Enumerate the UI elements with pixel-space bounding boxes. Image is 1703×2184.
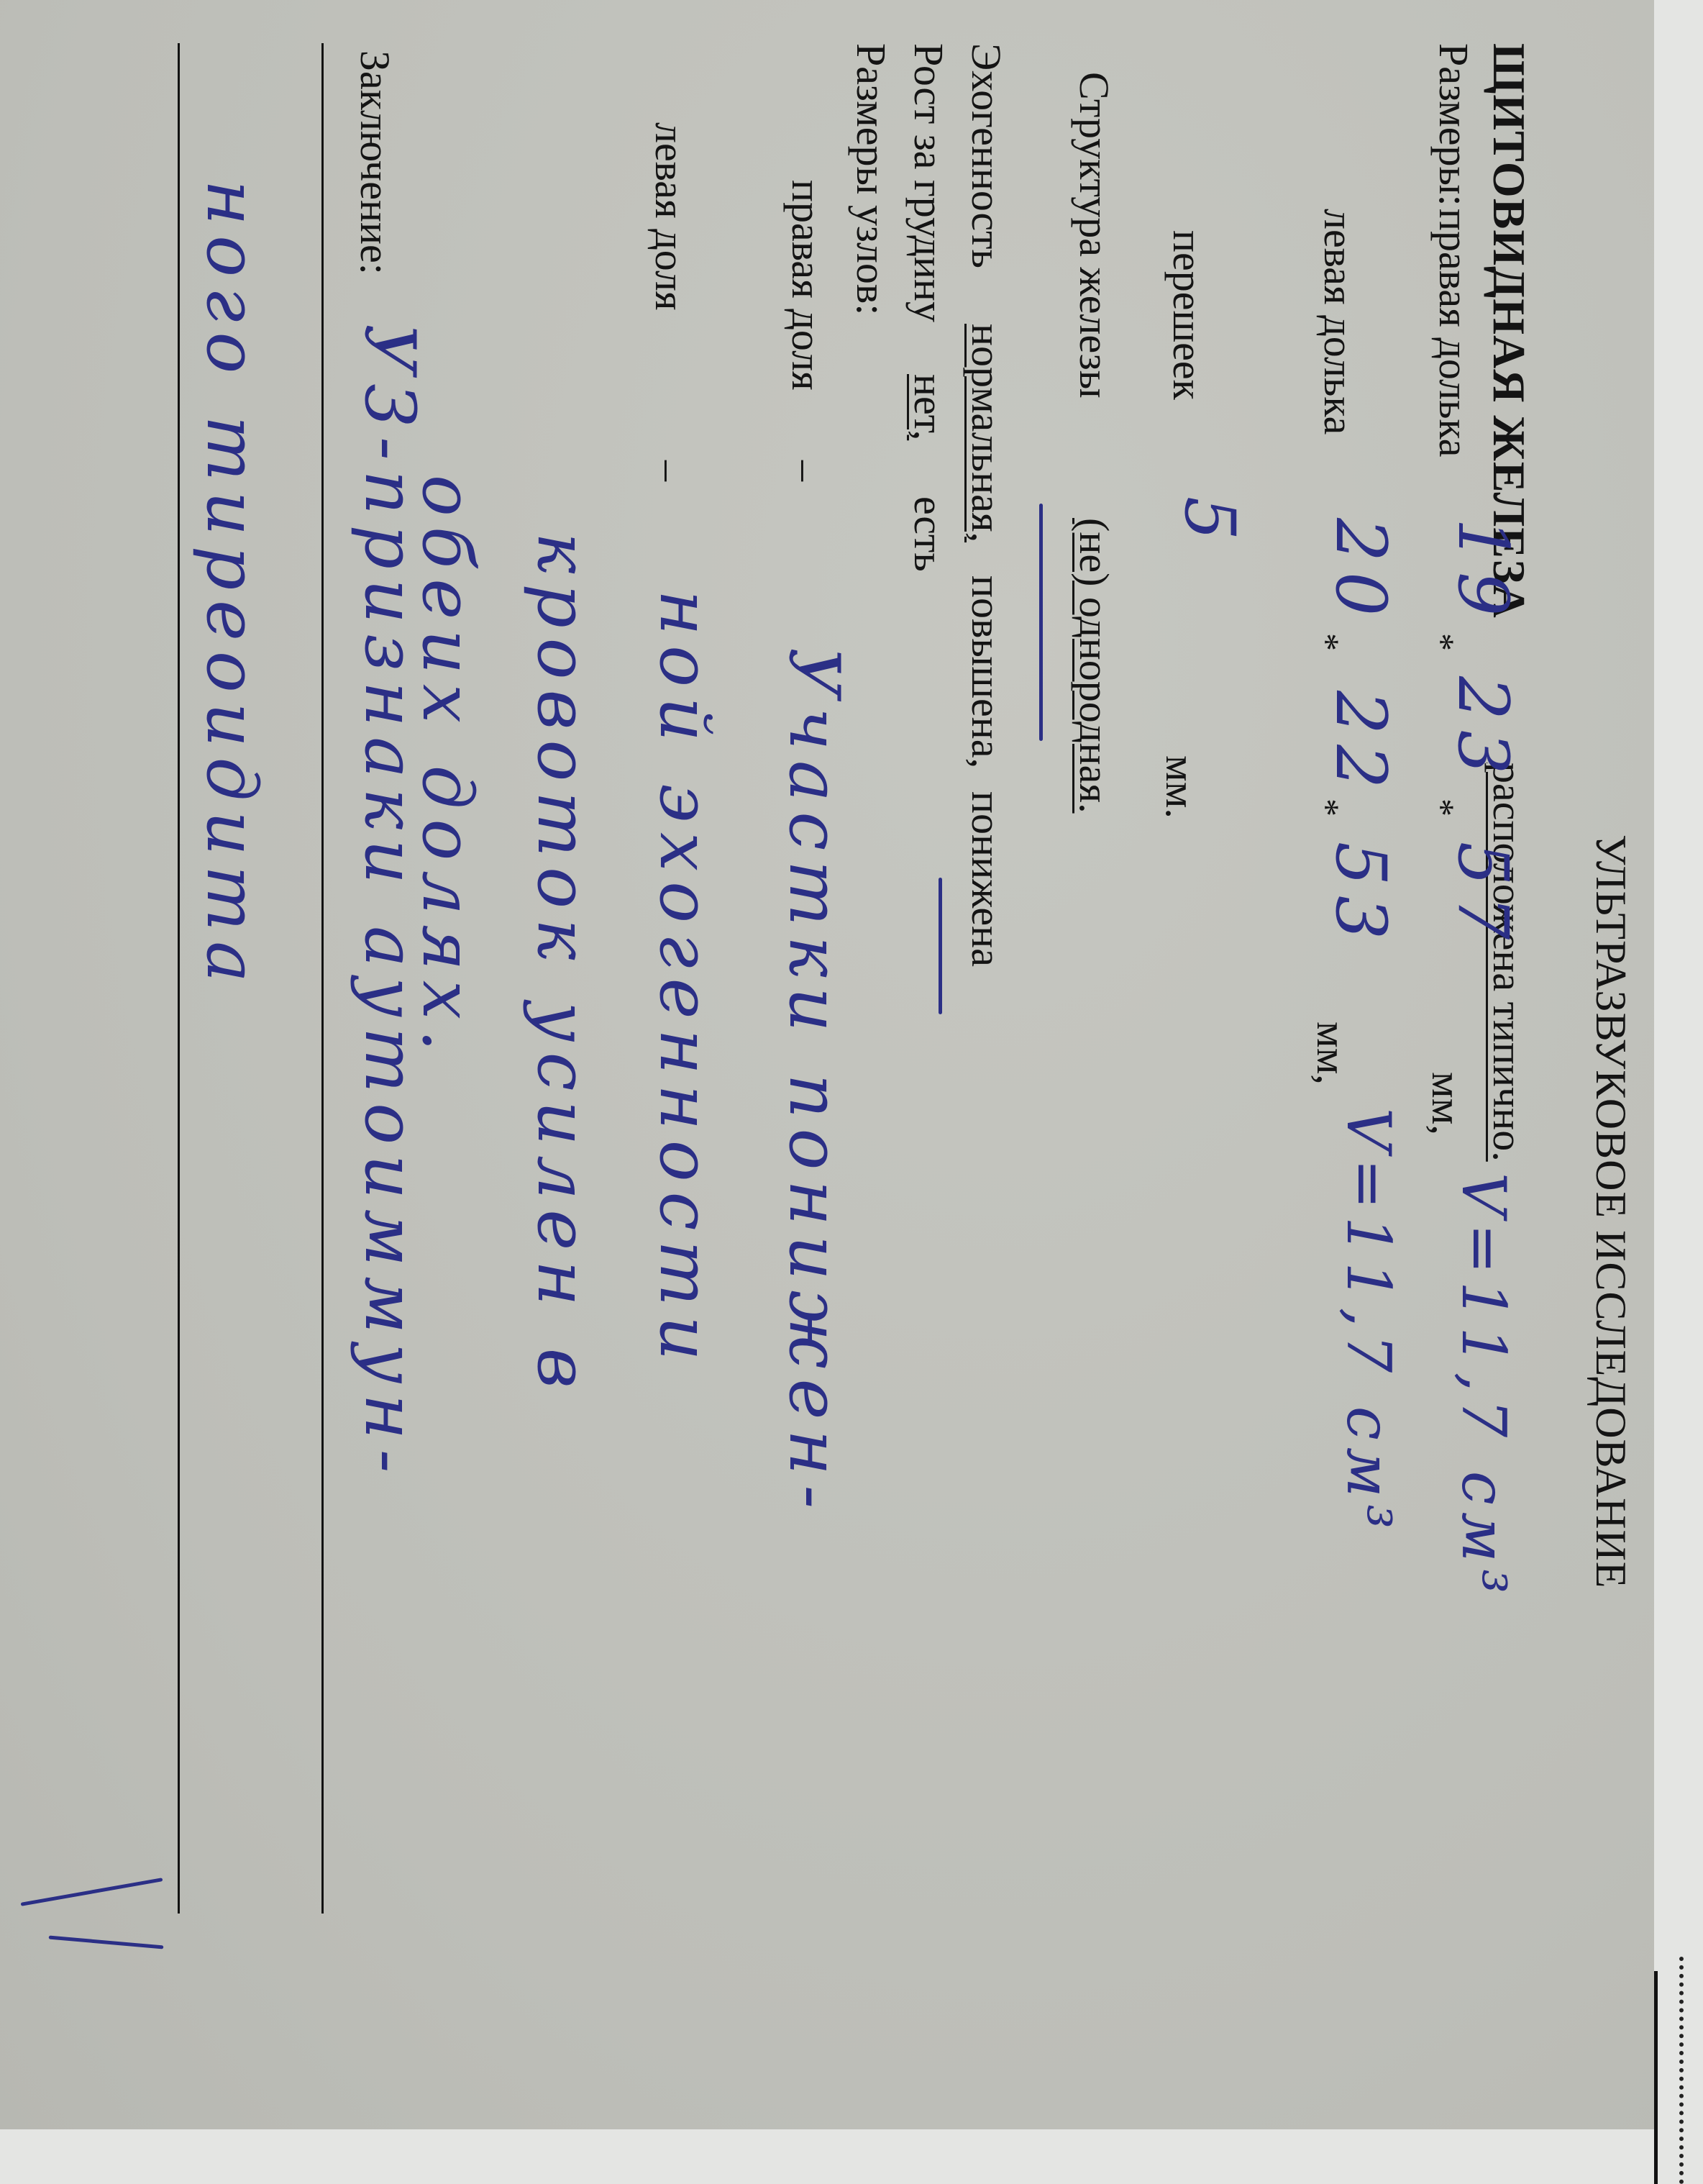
- conclusion-line-2: ного тиреоидита: [197, 180, 266, 993]
- right-lobe-dim-3: 57: [1448, 842, 1517, 950]
- isthmus-value: 5: [1175, 496, 1244, 550]
- isthmus-label: перешеек: [1166, 230, 1208, 400]
- right-lobe-volume: V=11,7 см³: [1453, 1173, 1514, 1601]
- echogenicity-option-increased: повышена,: [965, 575, 1007, 768]
- retrosternal-option-no: нет,: [908, 374, 949, 440]
- conclusion-label: Заключение:: [354, 50, 396, 275]
- form-rule: [321, 43, 324, 1914]
- table-rule: [1654, 1971, 1658, 2184]
- pen-underline: [939, 878, 942, 1014]
- left-lobe-label: левая долька: [1318, 209, 1359, 434]
- retrosternal-option-yes: есть: [908, 496, 949, 572]
- conclusion-line-1: УЗ-признаки аутоиммун-: [355, 324, 424, 1483]
- right-lobe-dim-2: 23: [1448, 676, 1517, 784]
- location-text: расположена типично.: [1487, 763, 1528, 1162]
- signature-stroke: [49, 1936, 164, 1949]
- left-lobe-volume: V=11,7 см³: [1338, 1108, 1399, 1536]
- multiply-sign: *: [1424, 633, 1460, 651]
- echogenicity-option-normal: нормальная,: [965, 324, 1007, 542]
- right-lobe-dim-1: 19: [1448, 518, 1517, 626]
- sizes-label: Размеры:: [1433, 43, 1474, 206]
- nodes-left-dash: –: [649, 460, 690, 481]
- nodes-left-lobe-label: левая доля: [649, 122, 690, 311]
- nodes-label: Размеры узлов:: [850, 43, 892, 315]
- isthmus-unit: мм.: [1159, 755, 1201, 819]
- location-value: расположена типично.: [1484, 763, 1531, 1162]
- right-lobe-label: правая долька: [1433, 209, 1474, 458]
- nodes-note-line-3: кровоток усилен в: [528, 532, 597, 1398]
- form-rule: [178, 43, 180, 1914]
- document-title: УЛЬТРАЗВУКОВОЕ ИССЛЕДОВАНИЕ: [1589, 834, 1633, 1588]
- signature-stroke: [21, 1878, 163, 1906]
- left-lobe-unit: мм,: [1310, 1022, 1352, 1085]
- dotted-rule: [1679, 1957, 1684, 2184]
- nodes-note-line-1: Участки понижен-: [780, 647, 849, 1519]
- left-lobe-dim-1: 20: [1326, 518, 1395, 626]
- echogenicity-label: Эхогенность: [965, 43, 1007, 268]
- echogenicity-option-decreased: понижена: [965, 791, 1007, 967]
- nodes-right-dash: –: [785, 460, 827, 481]
- left-lobe-dim-2: 22: [1326, 691, 1395, 798]
- multiply-sign: *: [1309, 633, 1345, 651]
- pen-underline: [1039, 504, 1043, 741]
- nodes-right-lobe-label: правая доля: [785, 180, 827, 391]
- right-lobe-unit: мм,: [1425, 1072, 1467, 1135]
- structure-options: (не) однородная.: [1073, 518, 1115, 814]
- structure-label: Структура железы: [1073, 72, 1115, 399]
- nodes-note-line-2: ной эхогенности: [650, 590, 719, 1370]
- ultrasound-form: УЛЬТРАЗВУКОВОЕ ИССЛЕДОВАНИЕ ЩИТОВИДНАЯ Ж…: [0, 0, 1654, 2129]
- form-page-wrapper: УЛЬТРАЗВУКОВОЕ ИССЛЕДОВАНИЕ ЩИТОВИДНАЯ Ж…: [0, 0, 1654, 2184]
- multiply-sign: *: [1309, 798, 1345, 816]
- retrosternal-label: Рост за грудину: [908, 43, 949, 322]
- left-lobe-dim-3: 53: [1326, 842, 1395, 950]
- multiply-sign: *: [1424, 798, 1460, 816]
